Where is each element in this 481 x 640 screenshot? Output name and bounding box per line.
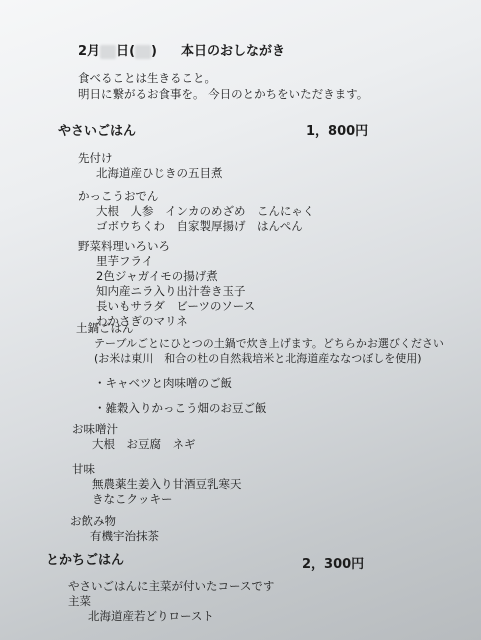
menu-item: 大根 人参 インカのめざめ こんにゃく [96, 203, 314, 219]
course-price-yasai: 1，800円 [306, 120, 368, 139]
intro-line-1: 食べることは生きること。 [78, 70, 216, 86]
menu-item: 大根 お豆腐 ネギ [92, 436, 196, 452]
course-name-tokachi: とかちごはん [46, 549, 124, 568]
menu-title: 本日のおしながき [181, 40, 285, 59]
section-heading: かっこうおでん [78, 188, 158, 204]
course-description: やさいごはんに主菜が付いたコースです [68, 578, 274, 594]
menu-item: ゴボウちくわ 自家製厚揚げ はんぺん [96, 218, 303, 234]
menu-item: 有機宇治抹茶 [90, 528, 159, 544]
menu-item: 里芋フライ [96, 253, 153, 269]
menu-item: 知内産ニラ入り出汁巻き玉子 [96, 283, 246, 299]
intro-line-2: 明日に繋がるお食事を。 今日のとかちをいただきます。 [78, 86, 368, 102]
menu-date: 2月日() [78, 40, 157, 59]
menu-item: 長いもサラダ ビーツのソース [96, 298, 255, 314]
date-month: 2月 [78, 44, 100, 59]
menu-item: ・キャベツと肉味噌のご飯 [94, 375, 232, 391]
menu-item: テーブルごとにひとつの土鍋で炊き上げます。どちらかお選びください [94, 335, 444, 351]
menu-item: ・雑穀入りかっこう畑のお豆ご飯 [94, 400, 267, 416]
menu-item: 北海道産ひじきの五目煮 [96, 165, 223, 181]
redacted-day [100, 45, 116, 59]
course-price-tokachi: 2，300円 [302, 553, 364, 572]
section-heading: 野菜料理いろいろ [78, 238, 170, 254]
date-day-label: 日 [116, 44, 129, 59]
section-heading: お飲み物 [70, 513, 116, 529]
menu-item: 無農薬生姜入り甘酒豆乳寒天 [92, 476, 242, 492]
section-heading: 土鍋ごはん [76, 320, 134, 336]
menu-item: 北海道産若どりロースト [88, 608, 214, 624]
section-heading: お味噌汁 [72, 421, 118, 437]
redacted-weekday [135, 45, 151, 59]
menu-item: (お米は東川 和合の杜の自然栽培米と北海道産ななつぼしを使用) [94, 350, 422, 366]
menu-item: 2色ジャガイモの揚げ煮 [96, 268, 218, 284]
section-heading: 甘味 [72, 461, 95, 477]
paren-close: ) [151, 44, 157, 59]
section-heading: 主菜 [68, 593, 91, 609]
menu-item: きなこクッキー [92, 491, 173, 507]
course-name-yasai: やさいごはん [58, 120, 136, 139]
section-heading: 先付け [78, 150, 113, 166]
